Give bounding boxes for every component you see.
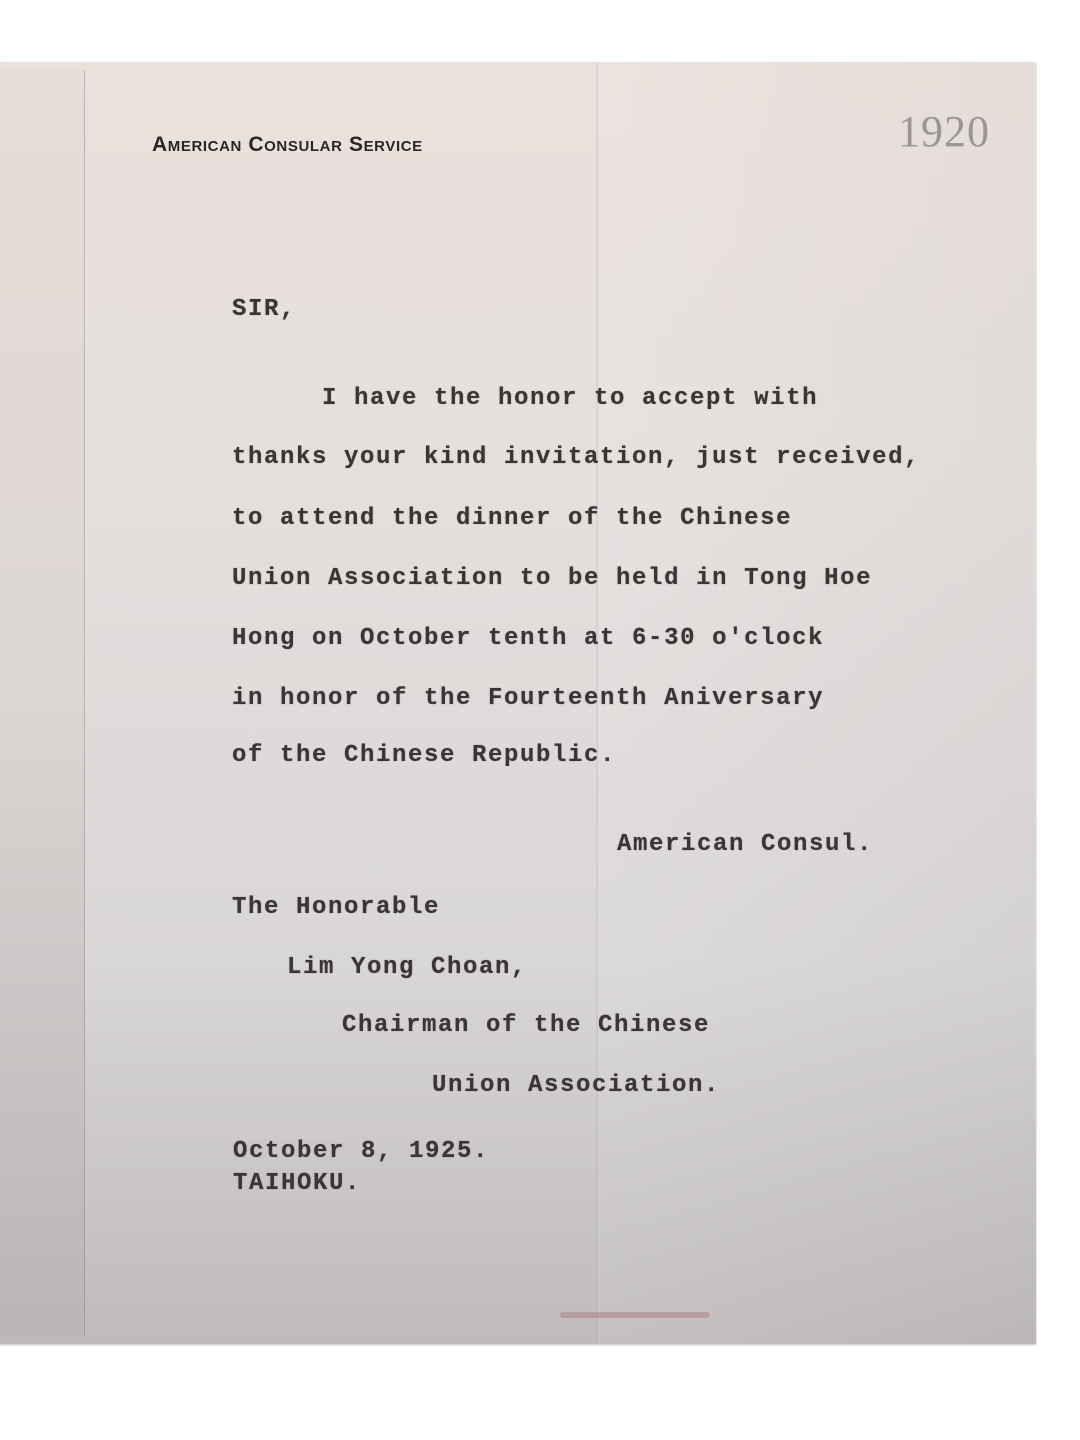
addressee-honorific: The Honorable [232, 894, 440, 921]
folded-left-flap [0, 70, 85, 1336]
file-number-stamp: 1920 [898, 106, 990, 157]
body-line: I have the honor to accept with [322, 385, 818, 412]
body-line: of the Chinese Republic. [232, 742, 616, 769]
body-line: Hong on October tenth at 6-30 o'clock [232, 625, 824, 652]
addressee-organization: Union Association. [432, 1072, 720, 1099]
letter-date: October 8, 1925. [233, 1138, 489, 1165]
addressee-name: Lim Yong Choan, [287, 954, 527, 981]
body-line: Union Association to be held in Tong Hoe [232, 565, 872, 592]
salutation: SIR, [232, 296, 296, 323]
addressee-title: Chairman of the Chinese [342, 1012, 710, 1039]
body-line: thanks your kind invitation, just receiv… [232, 444, 920, 471]
letter-place: TAIHOKU. [233, 1170, 361, 1197]
signature-title: American Consul. [617, 831, 873, 858]
letterhead: American Consular Service [152, 133, 423, 157]
body-line: to attend the dinner of the Chinese [232, 505, 792, 532]
body-line: in honor of the Fourteenth Aniversary [232, 685, 824, 712]
paper-edge-stain [560, 1312, 710, 1318]
